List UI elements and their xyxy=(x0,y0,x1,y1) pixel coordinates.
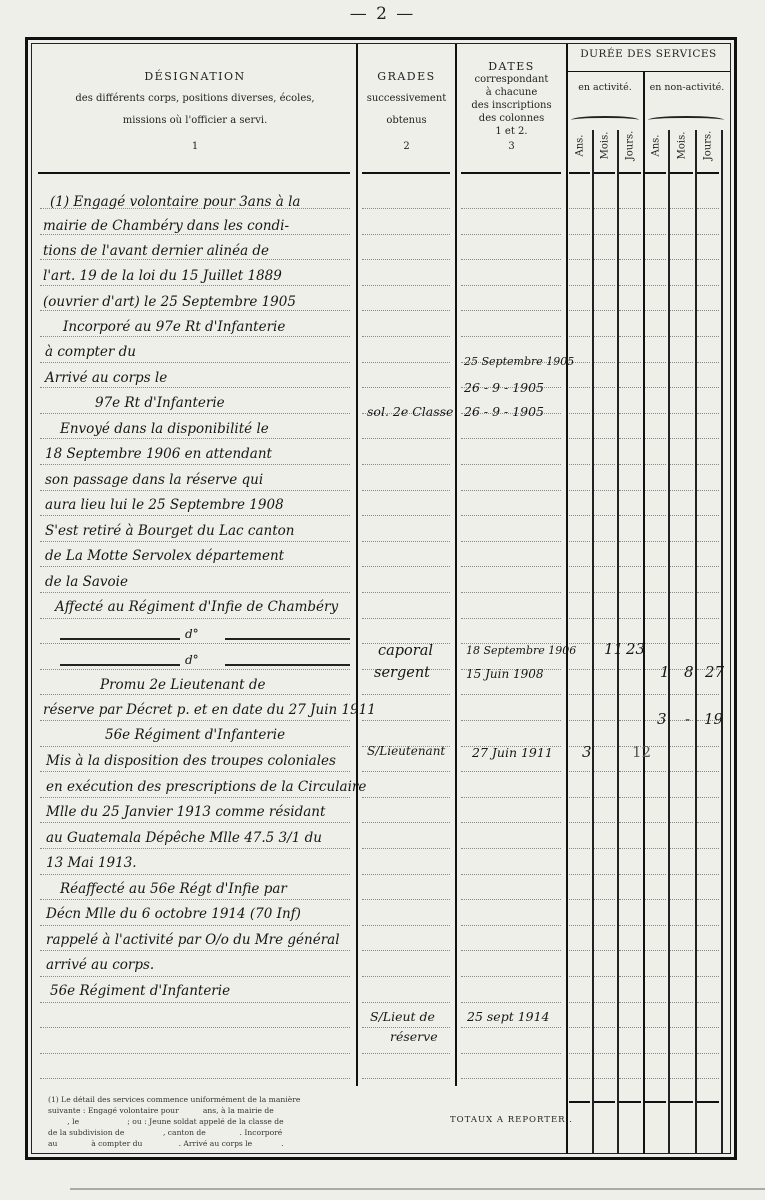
ruled-line xyxy=(362,925,450,926)
designation-line: Arrivé au corps le xyxy=(45,368,167,388)
ruled-line xyxy=(697,1002,719,1003)
designation-line: Envoyé dans la disponibilité le xyxy=(60,419,269,439)
ruled-line xyxy=(569,925,590,926)
ruled-line xyxy=(40,618,350,619)
designation-line: de la Savoie xyxy=(45,572,128,592)
ruled-line xyxy=(569,1002,590,1003)
ruled-line xyxy=(594,694,615,695)
ruled-line xyxy=(461,797,561,798)
ruled-line xyxy=(362,899,450,900)
grade-caporal: caporal xyxy=(378,641,433,661)
ruled-line xyxy=(594,566,615,567)
ruled-line xyxy=(697,515,719,516)
ruled-line xyxy=(569,797,590,798)
ruled-line xyxy=(697,541,719,542)
ruled-line xyxy=(594,925,615,926)
header-unit-label: Jours. xyxy=(625,126,636,166)
ruled-line xyxy=(594,310,615,311)
ruled-line xyxy=(670,285,693,286)
ruled-line xyxy=(40,797,350,798)
totals-bar xyxy=(645,1101,666,1103)
ruled-line xyxy=(697,771,719,772)
ruled-line xyxy=(461,925,561,926)
ruled-line xyxy=(569,1053,590,1054)
ruled-line xyxy=(594,413,615,414)
ruled-line xyxy=(619,208,641,209)
ruled-line xyxy=(569,848,590,849)
ruled-line xyxy=(645,336,666,337)
ruled-line xyxy=(569,515,590,516)
ruled-line xyxy=(362,387,450,388)
ruled-line xyxy=(594,771,615,772)
designation-line: (1) Engagé volontaire pour 3ans à la xyxy=(50,192,300,212)
ruled-line xyxy=(645,464,666,465)
ruled-line xyxy=(697,566,719,567)
designation-line: l'art. 19 de la loi du 15 Juillet 1889 xyxy=(43,266,282,286)
ruled-line xyxy=(697,925,719,926)
header-unit-label: Mois. xyxy=(676,126,687,166)
header-non-activity: en non-activité. xyxy=(645,80,729,95)
designation-line: mairie de Chambéry dans les condi- xyxy=(43,216,289,236)
ruled-line xyxy=(619,925,641,926)
ruled-line xyxy=(40,771,350,772)
header-col3-line3: à chacune xyxy=(457,86,566,99)
header-bar-duration xyxy=(569,172,590,174)
ruled-line xyxy=(697,1027,719,1028)
ruled-line xyxy=(670,643,693,644)
ruled-line xyxy=(461,1027,561,1028)
totals-bar xyxy=(697,1101,719,1103)
totals-label: TOTAUX A REPORTER.. xyxy=(450,1115,573,1125)
ruled-line xyxy=(461,310,561,311)
ruled-line xyxy=(594,746,615,747)
ruled-line xyxy=(697,694,719,695)
ruled-line xyxy=(619,950,641,951)
ruled-line xyxy=(645,566,666,567)
ruled-line xyxy=(645,694,666,695)
footnote-line1: (1) Le détail des services commence unif… xyxy=(48,1094,393,1105)
ruled-line xyxy=(594,1027,615,1028)
ruled-line xyxy=(645,899,666,900)
ruled-line xyxy=(569,874,590,875)
divider-act-ans-mois xyxy=(592,130,594,1154)
ruled-line xyxy=(697,438,719,439)
ruled-line xyxy=(362,515,450,516)
ruled-line xyxy=(40,592,350,593)
ruled-line xyxy=(594,387,615,388)
ruled-line xyxy=(569,438,590,439)
footnote-line3: , le ; ou : Jeune soldat appelé de la cl… xyxy=(48,1116,393,1127)
ruled-line xyxy=(670,874,693,875)
ruled-line xyxy=(461,950,561,951)
ruled-line xyxy=(362,822,450,823)
ruled-line xyxy=(594,438,615,439)
ruled-line xyxy=(645,285,666,286)
ruled-line xyxy=(569,490,590,491)
ruled-line xyxy=(670,464,693,465)
ruled-line xyxy=(619,822,641,823)
ruled-line xyxy=(670,694,693,695)
ruled-line xyxy=(645,490,666,491)
designation-line: 18 Septembre 1906 en attendant xyxy=(45,444,272,464)
ruled-line xyxy=(670,1078,693,1079)
header-col3-title: DATES xyxy=(457,60,566,73)
header-duration-title: DURÉE DES SERVICES xyxy=(567,48,730,61)
ruled-line xyxy=(362,362,450,363)
ruled-line xyxy=(619,1078,641,1079)
ruled-line xyxy=(362,541,450,542)
header-col1-number: 1 xyxy=(40,140,350,153)
ruled-line xyxy=(670,515,693,516)
ruled-line xyxy=(619,387,641,388)
designation-line: aura lieu lui le 25 Septembre 1908 xyxy=(45,495,284,515)
ruled-line xyxy=(670,592,693,593)
totals-bar xyxy=(670,1101,693,1103)
ruled-line xyxy=(645,822,666,823)
ruled-line xyxy=(362,874,450,875)
ruled-line xyxy=(362,1053,450,1054)
divider-col1-col2 xyxy=(356,44,358,1086)
ruled-line xyxy=(670,208,693,209)
ruled-line xyxy=(697,234,719,235)
ruled-line xyxy=(594,362,615,363)
ruled-line xyxy=(362,464,450,465)
ruled-line xyxy=(697,976,719,977)
designation-line: réserve par Décret p. et en date du 27 J… xyxy=(43,700,376,720)
footnote-line5: au à compter du . Arrivé au corps le . xyxy=(48,1138,393,1149)
header-col2: GRADES successivement obtenus 2 xyxy=(358,70,455,153)
ruled-line xyxy=(362,1078,450,1079)
duration-promu-non-mois: - xyxy=(685,710,690,728)
ruled-line xyxy=(697,874,719,875)
ruled-line xyxy=(645,1002,666,1003)
ruled-line xyxy=(461,720,561,721)
designation-line: (ouvrier d'art) le 25 Septembre 1905 xyxy=(43,292,296,312)
ruled-line xyxy=(594,1053,615,1054)
ruled-line xyxy=(670,822,693,823)
designation-line: d° xyxy=(185,650,199,670)
ruled-line xyxy=(461,464,561,465)
date-lieutenant: 27 Juin 1911 xyxy=(472,743,553,763)
ruled-line xyxy=(645,874,666,875)
designation-line: 56e Régiment d'Infanterie xyxy=(50,981,230,1001)
designation-line: Affecté au Régiment d'Infie de Chambéry xyxy=(55,597,338,617)
ruled-line xyxy=(670,413,693,414)
designation-line: son passage dans la réserve qui xyxy=(45,470,263,490)
ruled-line xyxy=(461,234,561,235)
ruled-line xyxy=(697,208,719,209)
date-engagement: 25 Septembre 1905 xyxy=(464,352,574,372)
duration-sergent-non-jours: 27 xyxy=(705,663,724,681)
ruled-line xyxy=(362,438,450,439)
totals-bar xyxy=(619,1101,641,1103)
ruled-line xyxy=(569,541,590,542)
ruled-line xyxy=(697,797,719,798)
ruled-line xyxy=(645,362,666,363)
header-bar-duration xyxy=(645,172,666,174)
ruled-line xyxy=(594,797,615,798)
ruled-line xyxy=(40,1002,350,1003)
ruled-line xyxy=(569,592,590,593)
ditto-stroke xyxy=(225,664,350,666)
divider-col3-duration xyxy=(566,44,568,1154)
ruled-line xyxy=(697,822,719,823)
ruled-line xyxy=(40,566,350,567)
ruled-line xyxy=(40,490,350,491)
header-col1-line3: missions où l'officier a servi. xyxy=(40,114,350,127)
header-col2-number: 2 xyxy=(358,140,455,153)
ruled-line xyxy=(461,566,561,567)
divider-non-ans-mois xyxy=(668,130,670,1154)
ruled-line xyxy=(362,490,450,491)
designation-line: 97e Rt d'Infanterie xyxy=(95,393,225,413)
ruled-line xyxy=(594,720,615,721)
ruled-line xyxy=(619,771,641,772)
ruled-line xyxy=(670,310,693,311)
ruled-line xyxy=(40,976,350,977)
ruled-line xyxy=(645,1053,666,1054)
ruled-line xyxy=(461,336,561,337)
ruled-line xyxy=(645,771,666,772)
header-col2-line3: obtenus xyxy=(358,114,455,127)
ruled-line xyxy=(362,208,450,209)
ruled-line xyxy=(645,976,666,977)
ruled-line xyxy=(40,541,350,542)
footnote-line2: suivante : Engagé volontaire pour ans, à… xyxy=(48,1105,393,1116)
designation-line: tions de l'avant dernier alinéa de xyxy=(43,241,269,261)
ruled-line xyxy=(569,413,590,414)
brace-activity xyxy=(571,116,639,124)
ruled-line xyxy=(619,592,641,593)
header-col1: DÉSIGNATION des différents corps, positi… xyxy=(40,70,350,153)
designation-line: S'est retiré à Bourget du Lac canton xyxy=(45,521,294,541)
page-bottom-edge xyxy=(70,1188,765,1190)
ruled-line xyxy=(619,720,641,721)
ruled-line xyxy=(619,464,641,465)
ruled-line xyxy=(697,899,719,900)
ruled-line xyxy=(362,259,450,260)
ruled-line xyxy=(40,1027,350,1028)
header-unit-label: Ans. xyxy=(574,126,585,166)
ruled-line xyxy=(362,310,450,311)
ruled-line xyxy=(594,592,615,593)
header-col3-line2: correspondant xyxy=(457,73,566,86)
header-bar-duration xyxy=(697,172,719,174)
ditto-stroke xyxy=(225,638,350,640)
header-bar-duration xyxy=(670,172,693,174)
ruled-line xyxy=(40,822,350,823)
ruled-line xyxy=(40,848,350,849)
designation-line: 56e Régiment d'Infanterie xyxy=(105,725,285,745)
ruled-line xyxy=(697,1078,719,1079)
designation-line: arrivé au corps. xyxy=(46,955,154,975)
ruled-line xyxy=(569,208,590,209)
brace-non-activity xyxy=(648,116,724,124)
date-caporal: 18 Septembre 1906 xyxy=(466,641,576,661)
grade-sergent: sergent xyxy=(374,663,430,683)
date-sergent: 15 Juin 1908 xyxy=(466,664,544,684)
ruled-line xyxy=(40,1078,350,1079)
header-unit-label: Ans. xyxy=(650,126,661,166)
duration-caporal-act-mois: 11 xyxy=(604,640,623,658)
ruled-line xyxy=(697,848,719,849)
ruled-line xyxy=(569,336,590,337)
ruled-line xyxy=(461,515,561,516)
ruled-line xyxy=(362,285,450,286)
grade-soldat: sol. 2e Classe xyxy=(367,402,453,422)
ruled-line xyxy=(461,694,561,695)
ruled-line xyxy=(619,1053,641,1054)
ruled-line xyxy=(461,899,561,900)
date-incorpore: 26 - 9 - 1905 xyxy=(464,378,544,398)
ruled-line xyxy=(697,746,719,747)
ruled-line xyxy=(645,438,666,439)
ruled-line xyxy=(461,822,561,823)
ruled-line xyxy=(40,874,350,875)
ruled-line xyxy=(569,771,590,772)
ruled-line xyxy=(594,336,615,337)
ruled-line xyxy=(594,234,615,235)
ruled-line xyxy=(40,720,350,721)
ruled-line xyxy=(461,259,561,260)
ruled-line xyxy=(569,566,590,567)
ruled-line xyxy=(569,618,590,619)
designation-line: Mlle du 25 Janvier 1913 comme résidant xyxy=(46,802,325,822)
duration-sergent-non-mois: 8 xyxy=(684,663,694,681)
ruled-line xyxy=(594,541,615,542)
ruled-line xyxy=(619,362,641,363)
ruled-line xyxy=(697,464,719,465)
ruled-line xyxy=(645,1027,666,1028)
ruled-line xyxy=(594,490,615,491)
ruled-line xyxy=(569,899,590,900)
ruled-line xyxy=(461,208,561,209)
ruled-line xyxy=(619,976,641,977)
ruled-line xyxy=(594,822,615,823)
ruled-line xyxy=(461,848,561,849)
ruled-line xyxy=(362,720,450,721)
ruled-line xyxy=(461,771,561,772)
duration-promu-non-ans: 3 xyxy=(657,710,667,728)
ruled-line xyxy=(670,541,693,542)
ruled-line xyxy=(569,259,590,260)
header-col2-line2: successivement xyxy=(358,92,455,105)
ruled-line xyxy=(569,1078,590,1079)
ruled-line xyxy=(670,925,693,926)
ruled-line xyxy=(697,1053,719,1054)
designation-line: en exécution des prescriptions de la Cir… xyxy=(46,777,366,797)
designation-line: 13 Mai 1913. xyxy=(46,853,137,873)
ruled-line xyxy=(594,874,615,875)
ruled-line xyxy=(645,234,666,235)
ruled-line xyxy=(594,669,615,670)
ruled-line xyxy=(594,1002,615,1003)
ruled-line xyxy=(40,362,350,363)
ruled-line xyxy=(40,950,350,951)
page-number: — 2 — xyxy=(0,4,765,24)
designation-line: au Guatemala Dépêche Mlle 47.5 3/1 du xyxy=(46,828,322,848)
duration-lieutenant-act-jours: 12 xyxy=(632,743,651,761)
ditto-stroke xyxy=(60,638,180,640)
ruled-line xyxy=(461,1002,561,1003)
ruled-line xyxy=(619,259,641,260)
ruled-line xyxy=(670,797,693,798)
ruled-line xyxy=(362,336,450,337)
footnote: (1) Le détail des services commence unif… xyxy=(48,1094,393,1149)
ruled-line xyxy=(594,848,615,849)
divider-non-mois-jours xyxy=(695,130,697,1154)
ruled-line xyxy=(569,464,590,465)
duration-sergent-non-ans: 1 xyxy=(660,663,670,681)
ruled-line xyxy=(619,899,641,900)
ruled-line xyxy=(619,541,641,542)
ruled-line xyxy=(670,566,693,567)
ruled-line xyxy=(461,541,561,542)
header-col3: DATES correspondant à chacune des inscri… xyxy=(457,60,566,153)
ruled-line xyxy=(594,464,615,465)
ruled-line xyxy=(594,899,615,900)
ruled-line xyxy=(697,413,719,414)
ruled-line xyxy=(645,541,666,542)
footnote-line4: de la subdivision de , canton de . Incor… xyxy=(48,1127,393,1138)
ruled-line xyxy=(362,797,450,798)
ruled-line xyxy=(362,950,450,951)
header-bar-col2 xyxy=(362,172,450,174)
designation-line: Décn Mlle du 6 octobre 1914 (70 Inf) xyxy=(46,904,301,924)
designation-line: Mis à la disposition des troupes colonia… xyxy=(46,751,336,771)
ruled-line xyxy=(697,362,719,363)
designation-line: d° xyxy=(185,624,199,644)
ruled-line xyxy=(619,336,641,337)
designation-line: de La Motte Servolex département xyxy=(45,546,284,566)
ruled-line xyxy=(670,490,693,491)
ruled-line xyxy=(461,1078,561,1079)
ruled-line xyxy=(619,566,641,567)
ruled-line xyxy=(697,336,719,337)
header-col1-line2: des différents corps, positions diverses… xyxy=(40,92,350,105)
ruled-line xyxy=(697,310,719,311)
duration-caporal-act-jours: 23 xyxy=(626,640,645,658)
ruled-line xyxy=(645,592,666,593)
ruled-line xyxy=(40,515,350,516)
ruled-line xyxy=(461,618,561,619)
ruled-line xyxy=(645,387,666,388)
ruled-line xyxy=(461,490,561,491)
ruled-line xyxy=(670,771,693,772)
ruled-line xyxy=(697,285,719,286)
ruled-line xyxy=(670,362,693,363)
ruled-line xyxy=(697,950,719,951)
ruled-line xyxy=(645,618,666,619)
ruled-line xyxy=(670,1053,693,1054)
ruled-line xyxy=(619,874,641,875)
ruled-line xyxy=(645,310,666,311)
header-unit-label: Jours. xyxy=(703,126,714,166)
ruled-line xyxy=(670,746,693,747)
ruled-line xyxy=(362,1002,450,1003)
ruled-line xyxy=(619,438,641,439)
header-unit-label: Mois. xyxy=(599,126,610,166)
ruled-line xyxy=(697,490,719,491)
ruled-line xyxy=(619,285,641,286)
ruled-line xyxy=(40,899,350,900)
ruled-line xyxy=(362,694,450,695)
ruled-line xyxy=(697,592,719,593)
ruled-line xyxy=(362,234,450,235)
ruled-line xyxy=(645,1078,666,1079)
ruled-line xyxy=(645,259,666,260)
designation-line: rappelé à l'activité par O/o du Mre géné… xyxy=(46,930,340,950)
